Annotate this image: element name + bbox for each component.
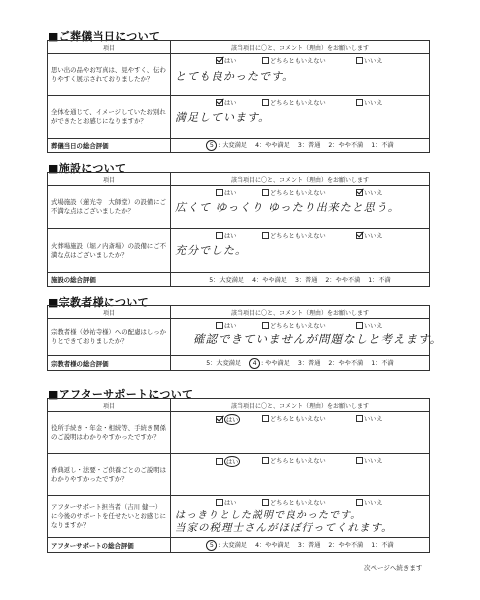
rating-5[interactable]: : 大変満足 bbox=[218, 542, 247, 549]
rating-scale[interactable]: 5：大変満足 4: やや満足 3：普通 2：やや不満 1：不満 bbox=[171, 356, 430, 371]
question-text: 香典返し・法要・ご供養ごとのご説明はわかりやすかったですか？ bbox=[48, 454, 171, 496]
checkbox-icon[interactable] bbox=[356, 499, 363, 506]
answer-column-header: 該当項目に〇と、コメント（理由）をお願いします bbox=[171, 399, 430, 412]
selected-rating-circle[interactable]: 5 bbox=[206, 540, 217, 551]
rating-1[interactable]: 1：不満 bbox=[368, 277, 391, 284]
checkbox-icon[interactable] bbox=[356, 57, 363, 64]
question-row: 全体を通じて、イメージしていたお別れができたとお感じになりますか？ はい どちら… bbox=[48, 96, 430, 139]
rating-3[interactable]: 3：普通 bbox=[295, 277, 318, 284]
checkbox-checked-icon[interactable] bbox=[216, 99, 223, 106]
clergy-table: 項目 該当項目に〇と、コメント（理由）をお願いします 宗教者様（妙祐寺様）への配… bbox=[47, 305, 430, 371]
option-no-label: いいえ bbox=[364, 233, 383, 240]
answer-cell: はい どちらともいえない いいえ 満足しています。 bbox=[171, 96, 430, 139]
option-no-label: いいえ bbox=[364, 190, 383, 197]
answer-cell: はい どちらともいえない いいえ はっきりとした説明で良かったです。 当家の税理… bbox=[171, 496, 430, 538]
overall-row: 葬儀当日の総合評価 5: 大変満足 4：やや満足 3：普通 2：やや不満 1：不… bbox=[48, 139, 430, 153]
item-column-header: 項目 bbox=[48, 399, 171, 412]
question-row: 宗教者様（妙祐寺様）への配慮はしっかりとできておりましたか？ はい どちらともい… bbox=[48, 319, 430, 356]
option-neutral[interactable]: どちらともいえない bbox=[262, 56, 326, 65]
handwritten-comment-line2: 当家の税理士さんがほぼ行ってくれます。 bbox=[175, 520, 393, 535]
option-no-label: いいえ bbox=[364, 58, 383, 65]
rating-5[interactable]: 5：大変満足 bbox=[209, 277, 244, 284]
facilities-table: 項目 該当項目に〇と、コメント（理由）をお願いします 式場施設（蓮光寺 大師堂）… bbox=[47, 172, 430, 287]
handwritten-comment: 充分でした。 bbox=[175, 242, 247, 258]
option-neutral-label: どちらともいえない bbox=[270, 100, 326, 107]
overall-label: 施設の総合評価 bbox=[48, 273, 171, 287]
checkbox-icon[interactable] bbox=[262, 57, 269, 64]
option-no-label: いいえ bbox=[364, 500, 383, 507]
after-support-table: 項目 該当項目に〇と、コメント（理由）をお願いします 役所手続き・年金・相続等、… bbox=[47, 398, 430, 553]
answer-column-header: 該当項目に〇と、コメント（理由）をお願いします bbox=[171, 173, 430, 186]
question-text: 役所手続き・年金・相続等、手続き関係のご説明はわかりやすかったですか？ bbox=[48, 412, 171, 454]
rating-4[interactable]: 4：やや満足 bbox=[255, 542, 290, 549]
option-yes[interactable]: はい bbox=[216, 56, 236, 65]
option-neutral[interactable]: どちらともいえない bbox=[262, 98, 326, 107]
rating-3[interactable]: 3：普通 bbox=[298, 142, 321, 149]
question-row: アフターサポート担当者（吉川 健一）に今後のサポートを任せたいとお感じになります… bbox=[48, 496, 430, 538]
option-yes-label-circled: はい bbox=[224, 456, 240, 467]
option-yes[interactable]: はい bbox=[216, 231, 236, 240]
option-no-label: いいえ bbox=[364, 416, 383, 423]
rating-3[interactable]: 3：普通 bbox=[298, 542, 321, 549]
option-neutral-label: どちらともいえない bbox=[270, 190, 326, 197]
answer-cell: はい どちらともいえない いいえ 充分でした。 bbox=[171, 229, 430, 273]
rating-2[interactable]: 2：やや不満 bbox=[328, 360, 363, 367]
overall-row: 施設の総合評価 5：大変満足 4：やや満足 3：普通 2：やや不満 1：不満 bbox=[48, 273, 430, 287]
option-neutral[interactable]: どちらともいえない bbox=[262, 321, 326, 330]
checkbox-icon[interactable] bbox=[262, 232, 269, 239]
option-no-label: いいえ bbox=[364, 100, 383, 107]
answer-cell: はい どちらともいえない いいえ bbox=[171, 454, 430, 496]
option-yes-label: はい bbox=[224, 233, 236, 240]
option-neutral-label: どちらともいえない bbox=[270, 416, 326, 423]
checkbox-icon[interactable] bbox=[216, 232, 223, 239]
option-no[interactable]: いいえ bbox=[356, 188, 383, 197]
checkbox-icon[interactable] bbox=[262, 99, 269, 106]
option-neutral-label: どちらともいえない bbox=[270, 458, 326, 465]
checkbox-icon[interactable] bbox=[216, 499, 223, 506]
question-row: 役所手続き・年金・相続等、手続き関係のご説明はわかりやすかったですか？ はい ど… bbox=[48, 412, 430, 454]
answer-column-header: 該当項目に〇と、コメント（理由）をお願いします bbox=[171, 41, 430, 54]
checkbox-icon[interactable] bbox=[262, 415, 269, 422]
checkbox-icon[interactable] bbox=[262, 499, 269, 506]
option-no[interactable]: いいえ bbox=[356, 456, 383, 465]
question-text: 思い出の品やお写真は、見やすく、伝わりやすく展示されておりましたか？ bbox=[48, 54, 171, 96]
option-no[interactable]: いいえ bbox=[356, 98, 383, 107]
item-column-header: 項目 bbox=[48, 41, 171, 54]
question-text: 式場施設（蓮光寺 大師堂）の設備にご不満な点はございましたか？ bbox=[48, 186, 171, 229]
question-text: 火葬場施設（堀ノ内斎場）の設備にご不満な点はございましたか？ bbox=[48, 229, 171, 273]
rating-5[interactable]: 5：大変満足 bbox=[206, 360, 241, 367]
continue-next-page-note: 次ページへ続きます bbox=[364, 563, 422, 572]
answer-cell: はい どちらともいえない いいえ 確認できていませんが問題なしと考えます。 bbox=[171, 319, 430, 356]
question-text: 宗教者様（妙祐寺様）への配慮はしっかりとできておりましたか？ bbox=[48, 319, 171, 356]
item-column-header: 項目 bbox=[48, 173, 171, 186]
rating-scale[interactable]: 5: 大変満足 4：やや満足 3：普通 2：やや不満 1：不満 bbox=[171, 538, 430, 553]
checkbox-icon[interactable] bbox=[262, 189, 269, 196]
option-no[interactable]: いいえ bbox=[356, 231, 383, 240]
rating-2[interactable]: 2：やや不満 bbox=[325, 277, 360, 284]
option-no[interactable]: いいえ bbox=[356, 321, 383, 330]
rating-scale[interactable]: 5: 大変満足 4：やや満足 3：普通 2：やや不満 1：不満 bbox=[171, 139, 430, 153]
option-neutral-label: どちらともいえない bbox=[270, 233, 326, 240]
option-yes-label: はい bbox=[224, 190, 236, 197]
option-no[interactable]: いいえ bbox=[356, 414, 383, 423]
checkbox-icon[interactable] bbox=[216, 189, 223, 196]
question-row: 式場施設（蓮光寺 大師堂）の設備にご不満な点はございましたか？ はい どちらとも… bbox=[48, 186, 430, 229]
option-yes-label: はい bbox=[224, 100, 236, 107]
rating-3[interactable]: 3：普通 bbox=[298, 360, 321, 367]
overall-row: アフターサポートの総合評価 5: 大変満足 4：やや満足 3：普通 2：やや不満… bbox=[48, 538, 430, 553]
option-yes-label-circled: はい bbox=[224, 414, 240, 425]
rating-4[interactable]: 4：やや満足 bbox=[252, 277, 287, 284]
option-yes[interactable]: はい bbox=[216, 456, 240, 467]
option-neutral[interactable]: どちらともいえない bbox=[262, 456, 326, 465]
checkbox-checked-icon[interactable] bbox=[216, 57, 223, 64]
funeral-day-table: 項目 該当項目に〇と、コメント（理由）をお願いします 思い出の品やお写真は、見や… bbox=[47, 40, 430, 153]
handwritten-comment: 確認できていませんが問題なしと考えます。 bbox=[193, 331, 442, 347]
answer-cell: はい どちらともいえない いいえ とても良かったです。 bbox=[171, 54, 430, 96]
answer-column-header: 該当項目に〇と、コメント（理由）をお願いします bbox=[171, 306, 430, 319]
option-yes-label: はい bbox=[224, 323, 236, 330]
checkbox-icon[interactable] bbox=[216, 458, 223, 465]
option-neutral-label: どちらともいえない bbox=[270, 58, 326, 65]
checkbox-checked-icon[interactable] bbox=[356, 232, 363, 239]
rating-1[interactable]: 1：不満 bbox=[371, 542, 394, 549]
overall-label: 宗教者様の総合評価 bbox=[48, 356, 171, 371]
question-text: 全体を通じて、イメージしていたお別れができたとお感じになりますか？ bbox=[48, 96, 171, 139]
selected-rating-circle[interactable]: 4 bbox=[249, 358, 260, 369]
question-row: 香典返し・法要・ご供養ごとのご説明はわかりやすかったですか？ はい どちらともい… bbox=[48, 454, 430, 496]
option-no-label: いいえ bbox=[364, 458, 383, 465]
question-row: 火葬場施設（堀ノ内斎場）の設備にご不満な点はございましたか？ はい どちらともい… bbox=[48, 229, 430, 273]
answer-cell: はい どちらともいえない いいえ bbox=[171, 412, 430, 454]
item-column-header: 項目 bbox=[48, 306, 171, 319]
option-neutral[interactable]: どちらともいえない bbox=[262, 414, 326, 423]
rating-scale[interactable]: 5：大変満足 4：やや満足 3：普通 2：やや不満 1：不満 bbox=[171, 273, 430, 287]
selected-rating-circle[interactable]: 5 bbox=[206, 140, 217, 151]
option-yes-label: はい bbox=[224, 58, 236, 65]
question-row: 思い出の品やお写真は、見やすく、伝わりやすく展示されておりましたか？ はい どち… bbox=[48, 54, 430, 96]
handwritten-comment: はっきりとした説明で良かったです。 bbox=[175, 506, 361, 521]
rating-2[interactable]: 2：やや不満 bbox=[328, 142, 363, 149]
handwritten-comment: 満足しています。 bbox=[175, 109, 270, 125]
option-yes[interactable]: はい bbox=[216, 98, 236, 107]
answer-cell: はい どちらともいえない いいえ 広くて ゆっくり ゆったり出来たと思う。 bbox=[171, 186, 430, 229]
checkbox-icon[interactable] bbox=[262, 457, 269, 464]
rating-4[interactable]: 4：やや満足 bbox=[255, 142, 290, 149]
rating-4[interactable]: : やや満足 bbox=[261, 360, 290, 367]
handwritten-comment: 広くて ゆっくり ゆったり出来たと思う。 bbox=[175, 199, 400, 215]
rating-2[interactable]: 2：やや不満 bbox=[328, 542, 363, 549]
rating-1[interactable]: 1：不満 bbox=[371, 360, 394, 367]
checkbox-icon[interactable] bbox=[262, 322, 269, 329]
question-text: アフターサポート担当者（吉川 健一）に今後のサポートを任せたいとお感じになります… bbox=[48, 496, 171, 538]
rating-1[interactable]: 1：不満 bbox=[371, 142, 394, 149]
option-yes[interactable]: はい bbox=[216, 188, 236, 197]
option-no-label: いいえ bbox=[364, 323, 383, 330]
option-neutral-label: どちらともいえない bbox=[270, 323, 326, 330]
checkbox-checked-icon[interactable] bbox=[216, 416, 223, 423]
option-no[interactable]: いいえ bbox=[356, 56, 383, 65]
option-yes[interactable]: はい bbox=[216, 321, 236, 330]
checkbox-icon[interactable] bbox=[356, 99, 363, 106]
overall-label: アフターサポートの総合評価 bbox=[48, 538, 171, 553]
overall-row: 宗教者様の総合評価 5：大変満足 4: やや満足 3：普通 2：やや不満 1：不… bbox=[48, 356, 430, 371]
overall-label: 葬儀当日の総合評価 bbox=[48, 139, 171, 153]
option-neutral[interactable]: どちらともいえない bbox=[262, 188, 326, 197]
handwritten-comment: とても良かったです。 bbox=[175, 68, 294, 84]
checkbox-checked-icon[interactable] bbox=[356, 189, 363, 196]
checkbox-icon[interactable] bbox=[356, 322, 363, 329]
checkbox-icon[interactable] bbox=[356, 457, 363, 464]
option-yes[interactable]: はい bbox=[216, 414, 240, 425]
rating-5[interactable]: : 大変満足 bbox=[218, 142, 247, 149]
option-neutral[interactable]: どちらともいえない bbox=[262, 231, 326, 240]
checkbox-icon[interactable] bbox=[356, 415, 363, 422]
checkbox-icon[interactable] bbox=[216, 322, 223, 329]
